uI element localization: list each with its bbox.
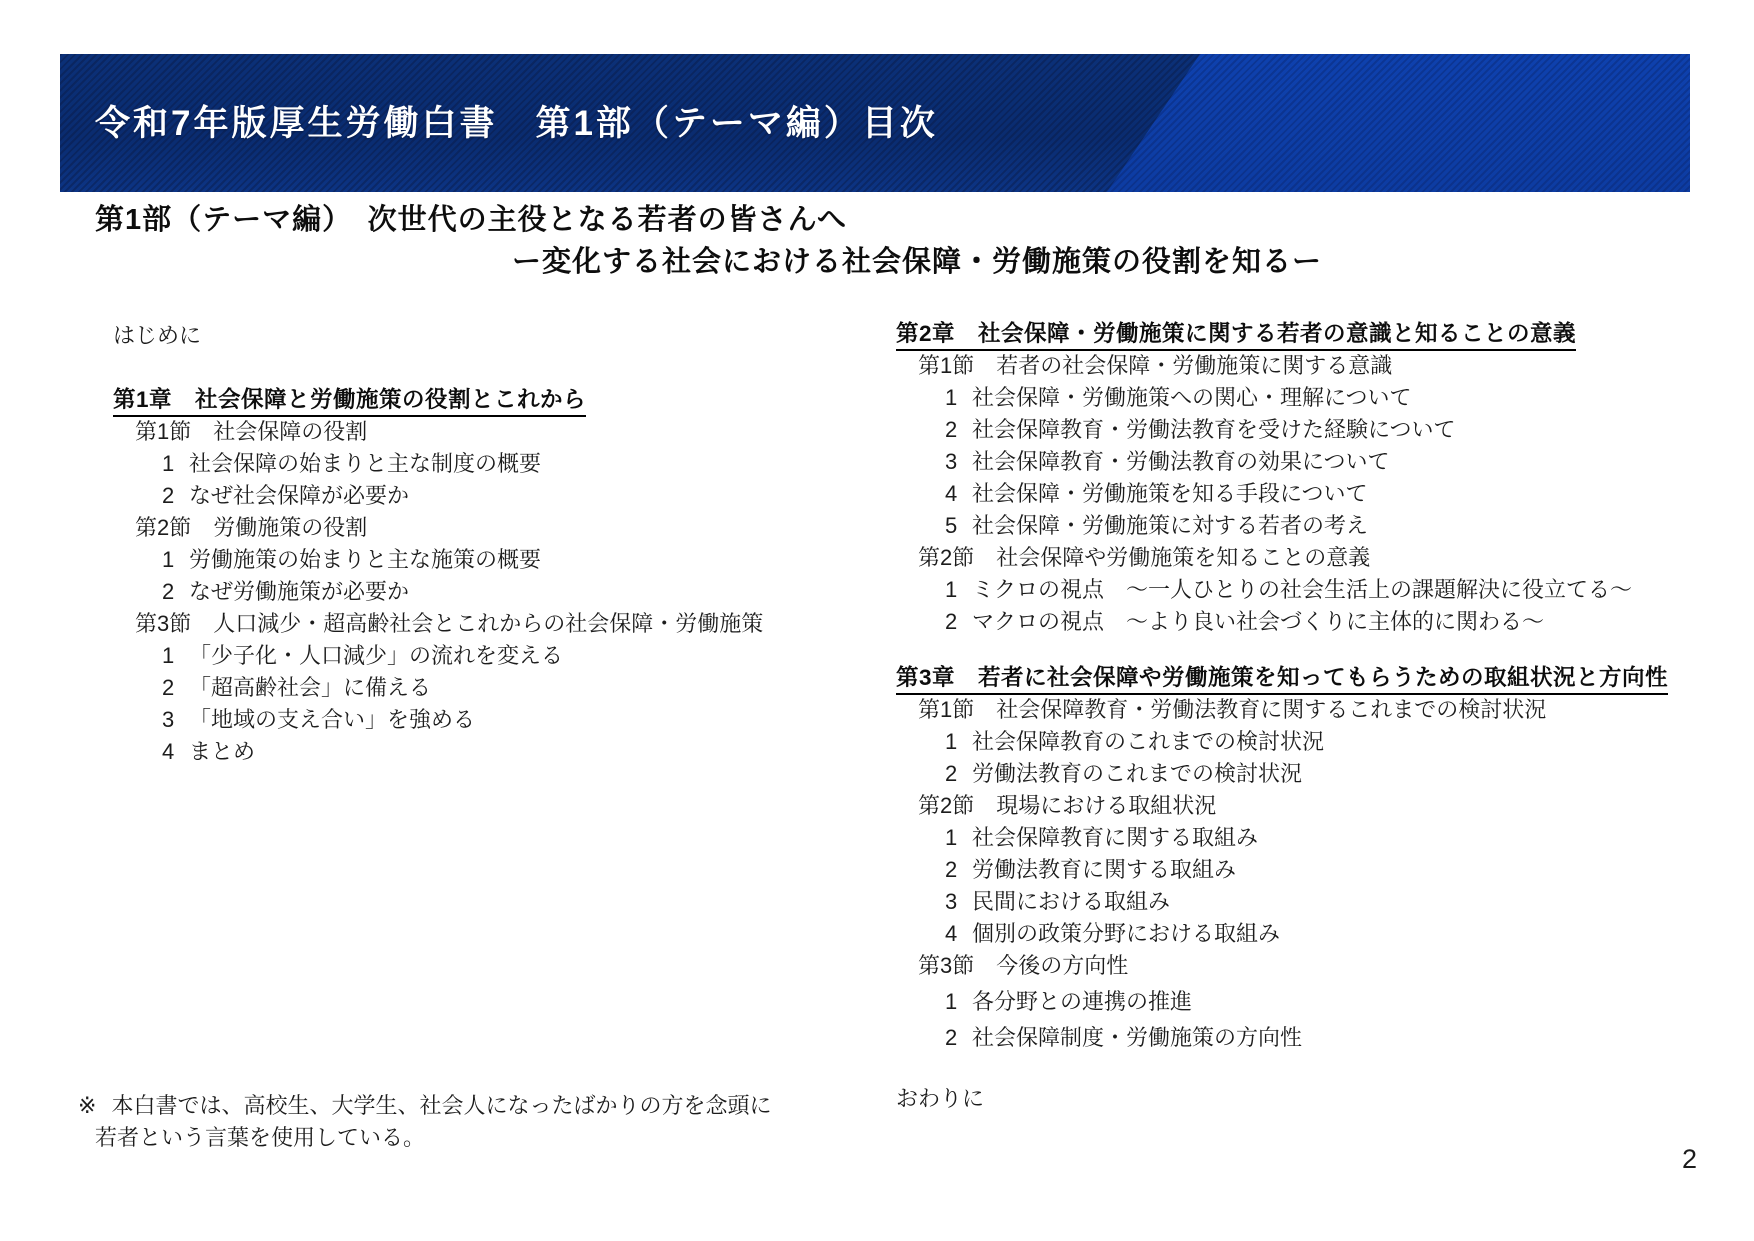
toc-entry: 第2節 現場における取組状況: [918, 790, 1668, 822]
toc-chapter-entry: 第2章 社会保障・労働施策に関する若者の意識と知ることの意義: [896, 318, 1668, 350]
toc-entry: 3「地域の支え合い」を強める: [162, 704, 763, 736]
footnote-text1: 本白書では、高校生、大学生、社会人になったばかりの方を念頭に: [111, 1093, 771, 1118]
toc-entry: 1「少子化・人口減少」の流れを変える: [162, 640, 763, 672]
footnote: ※本白書では、高校生、大学生、社会人になったばかりの方を念頭に 若者という言葉を…: [78, 1090, 771, 1154]
toc-entry-text: 「超高齢社会」に備える: [189, 675, 431, 700]
toc-entry-number: 2: [945, 606, 972, 638]
footnote-line1: ※本白書では、高校生、大学生、社会人になったばかりの方を念頭に: [78, 1090, 771, 1122]
footnote-marker: ※: [78, 1090, 96, 1122]
toc-entry: 4社会保障・労働施策を知る手段について: [945, 478, 1668, 510]
toc-entry-text: 社会保障・労働施策を知る手段について: [972, 481, 1368, 506]
toc-entry: 2マクロの視点 ～より良い社会づくりに主体的に関わる～: [945, 606, 1668, 638]
toc-entry-text: 労働施策の始まりと主な施策の概要: [189, 547, 541, 572]
toc-entry-number: 5: [945, 510, 972, 542]
toc-entry-number: 2: [162, 576, 189, 608]
title-banner: 令和7年版厚生労働白書 第1部（テーマ編）目次: [60, 54, 1690, 192]
toc-entry-number: 1: [162, 544, 189, 576]
toc-entry-number: 4: [162, 736, 189, 768]
toc-entry-text: 社会保障・労働施策への関心・理解について: [972, 385, 1412, 410]
toc-chapter-entry: 第3章 若者に社会保障や労働施策を知ってもらうための取組状況と方向性: [896, 662, 1668, 694]
toc-entry-text: 個別の政策分野における取組み: [972, 921, 1280, 946]
toc-entry-number: 1: [945, 986, 972, 1018]
toc-entry-number: 1: [162, 448, 189, 480]
toc-entry-text: 社会保障教育に関する取組み: [972, 825, 1258, 850]
toc-entry-number: 2: [945, 414, 972, 446]
toc-entry-number: 2: [945, 1022, 972, 1054]
toc-entry-number: 3: [945, 446, 972, 478]
toc-entry-number: 4: [945, 918, 972, 950]
toc-entry-text: 労働法教育のこれまでの検討状況: [972, 761, 1302, 786]
toc-entry-text: 社会保障教育・労働法教育を受けた経験について: [972, 417, 1456, 442]
toc-entry: 第1節 社会保障教育・労働法教育に関するこれまでの検討状況: [918, 694, 1668, 726]
toc-entry-text: 社会保障教育・労働法教育の効果について: [972, 449, 1390, 474]
chapter-heading-text: 第2章 社会保障・労働施策に関する若者の意識と知ることの意義: [896, 319, 1576, 351]
toc-entry: 1社会保障教育のこれまでの検討状況: [945, 726, 1668, 758]
toc-entry: 第3節 人口減少・超高齢社会とこれからの社会保障・労働施策: [135, 608, 763, 640]
footnote-line2: 若者という言葉を使用している。: [95, 1122, 771, 1154]
toc-entry-number: 1: [945, 726, 972, 758]
toc-entry: 3社会保障教育・労働法教育の効果について: [945, 446, 1668, 478]
toc-entry-number: 1: [162, 640, 189, 672]
toc-entry-number: 2: [945, 758, 972, 790]
part-subtitle: 第1部（テーマ編） 次世代の主役となる若者の皆さんへ ー変化する社会における社会…: [95, 199, 1322, 283]
toc-entry-number: 1: [945, 382, 972, 414]
page: 令和7年版厚生労働白書 第1部（テーマ編）目次 第1部（テーマ編） 次世代の主役…: [0, 0, 1754, 1241]
toc-entry: 2なぜ労働施策が必要か: [162, 576, 763, 608]
toc-chapter-entry: 第1章 社会保障と労働施策の役割とこれから: [113, 384, 763, 416]
toc-entry-number: 2: [162, 672, 189, 704]
toc-entry-number: 2: [162, 480, 189, 512]
toc-entry-text: 民間における取組み: [972, 889, 1170, 914]
toc-entry: はじめに: [113, 320, 763, 352]
toc-entry: 第1節 社会保障の役割: [135, 416, 763, 448]
toc-entry: 第2節 労働施策の役割: [135, 512, 763, 544]
toc-right-column: 第2章 社会保障・労働施策に関する若者の意識と知ることの意義第1節 若者の社会保…: [896, 318, 1668, 1115]
toc-entry-text: 各分野との連携の推進: [972, 989, 1192, 1014]
toc-entry-text: ミクロの視点 ～一人ひとりの社会生活上の課題解決に役立てる～: [972, 577, 1632, 602]
toc-entry-text: 社会保障制度・労働施策の方向性: [972, 1025, 1302, 1050]
toc-left-column: はじめに第1章 社会保障と労働施策の役割とこれから第1節 社会保障の役割1社会保…: [113, 320, 763, 768]
page-number: 2: [1682, 1144, 1697, 1175]
part-subtitle-line2: ー変化する社会における社会保障・労働施策の役割を知るー: [512, 241, 1322, 283]
toc-entry: 5社会保障・労働施策に対する若者の考え: [945, 510, 1668, 542]
toc-entry-number: 1: [945, 574, 972, 606]
toc-entry: 1労働施策の始まりと主な施策の概要: [162, 544, 763, 576]
toc-entry-text: まとめ: [189, 739, 255, 764]
toc-entry: 1ミクロの視点 ～一人ひとりの社会生活上の課題解決に役立てる～: [945, 574, 1668, 606]
toc-entry-number: 1: [945, 822, 972, 854]
toc-entry-number: 3: [945, 886, 972, 918]
document-title: 令和7年版厚生労働白書 第1部（テーマ編）目次: [95, 101, 938, 147]
toc-entry: 2労働法教育のこれまでの検討状況: [945, 758, 1668, 790]
toc-entry: 4個別の政策分野における取組み: [945, 918, 1668, 950]
toc-entry: 1各分野との連携の推進: [945, 986, 1668, 1018]
toc-entry: 2社会保障制度・労働施策の方向性: [945, 1022, 1668, 1054]
toc-entry: おわりに: [896, 1083, 1668, 1115]
toc-entry-number: 3: [162, 704, 189, 736]
toc-entry-number: 2: [945, 854, 972, 886]
toc-entry: 第2節 社会保障や労働施策を知ることの意義: [918, 542, 1668, 574]
toc-entry: 3民間における取組み: [945, 886, 1668, 918]
toc-entry: 1社会保障・労働施策への関心・理解について: [945, 382, 1668, 414]
chapter-heading-text: 第3章 若者に社会保障や労働施策を知ってもらうための取組状況と方向性: [896, 663, 1668, 695]
toc-entry: 第3節 今後の方向性: [918, 950, 1668, 982]
toc-entry-text: 「少子化・人口減少」の流れを変える: [189, 643, 563, 668]
toc-entry-text: マクロの視点 ～より良い社会づくりに主体的に関わる～: [972, 609, 1544, 634]
toc-entry: 2なぜ社会保障が必要か: [162, 480, 763, 512]
toc-entry: 1社会保障教育に関する取組み: [945, 822, 1668, 854]
toc-entry-text: 社会保障の始まりと主な制度の概要: [189, 451, 541, 476]
toc-entry: 1社会保障の始まりと主な制度の概要: [162, 448, 763, 480]
toc-entry: 2「超高齢社会」に備える: [162, 672, 763, 704]
toc-entry: 第1節 若者の社会保障・労働施策に関する意識: [918, 350, 1668, 382]
toc-entry-text: 労働法教育に関する取組み: [972, 857, 1236, 882]
toc-entry: 4まとめ: [162, 736, 763, 768]
part-subtitle-line1: 第1部（テーマ編） 次世代の主役となる若者の皆さんへ: [95, 199, 1322, 241]
toc-entry-text: 社会保障教育のこれまでの検討状況: [972, 729, 1324, 754]
toc-entry: 2社会保障教育・労働法教育を受けた経験について: [945, 414, 1668, 446]
toc-entry-text: なぜ労働施策が必要か: [189, 579, 409, 604]
chapter-heading-text: 第1章 社会保障と労働施策の役割とこれから: [113, 385, 586, 417]
toc-entry-number: 4: [945, 478, 972, 510]
toc-entry-text: 社会保障・労働施策に対する若者の考え: [972, 513, 1368, 538]
toc-entry-text: なぜ社会保障が必要か: [189, 483, 409, 508]
toc-entry: 2労働法教育に関する取組み: [945, 854, 1668, 886]
toc-entry-text: 「地域の支え合い」を強める: [189, 707, 475, 732]
